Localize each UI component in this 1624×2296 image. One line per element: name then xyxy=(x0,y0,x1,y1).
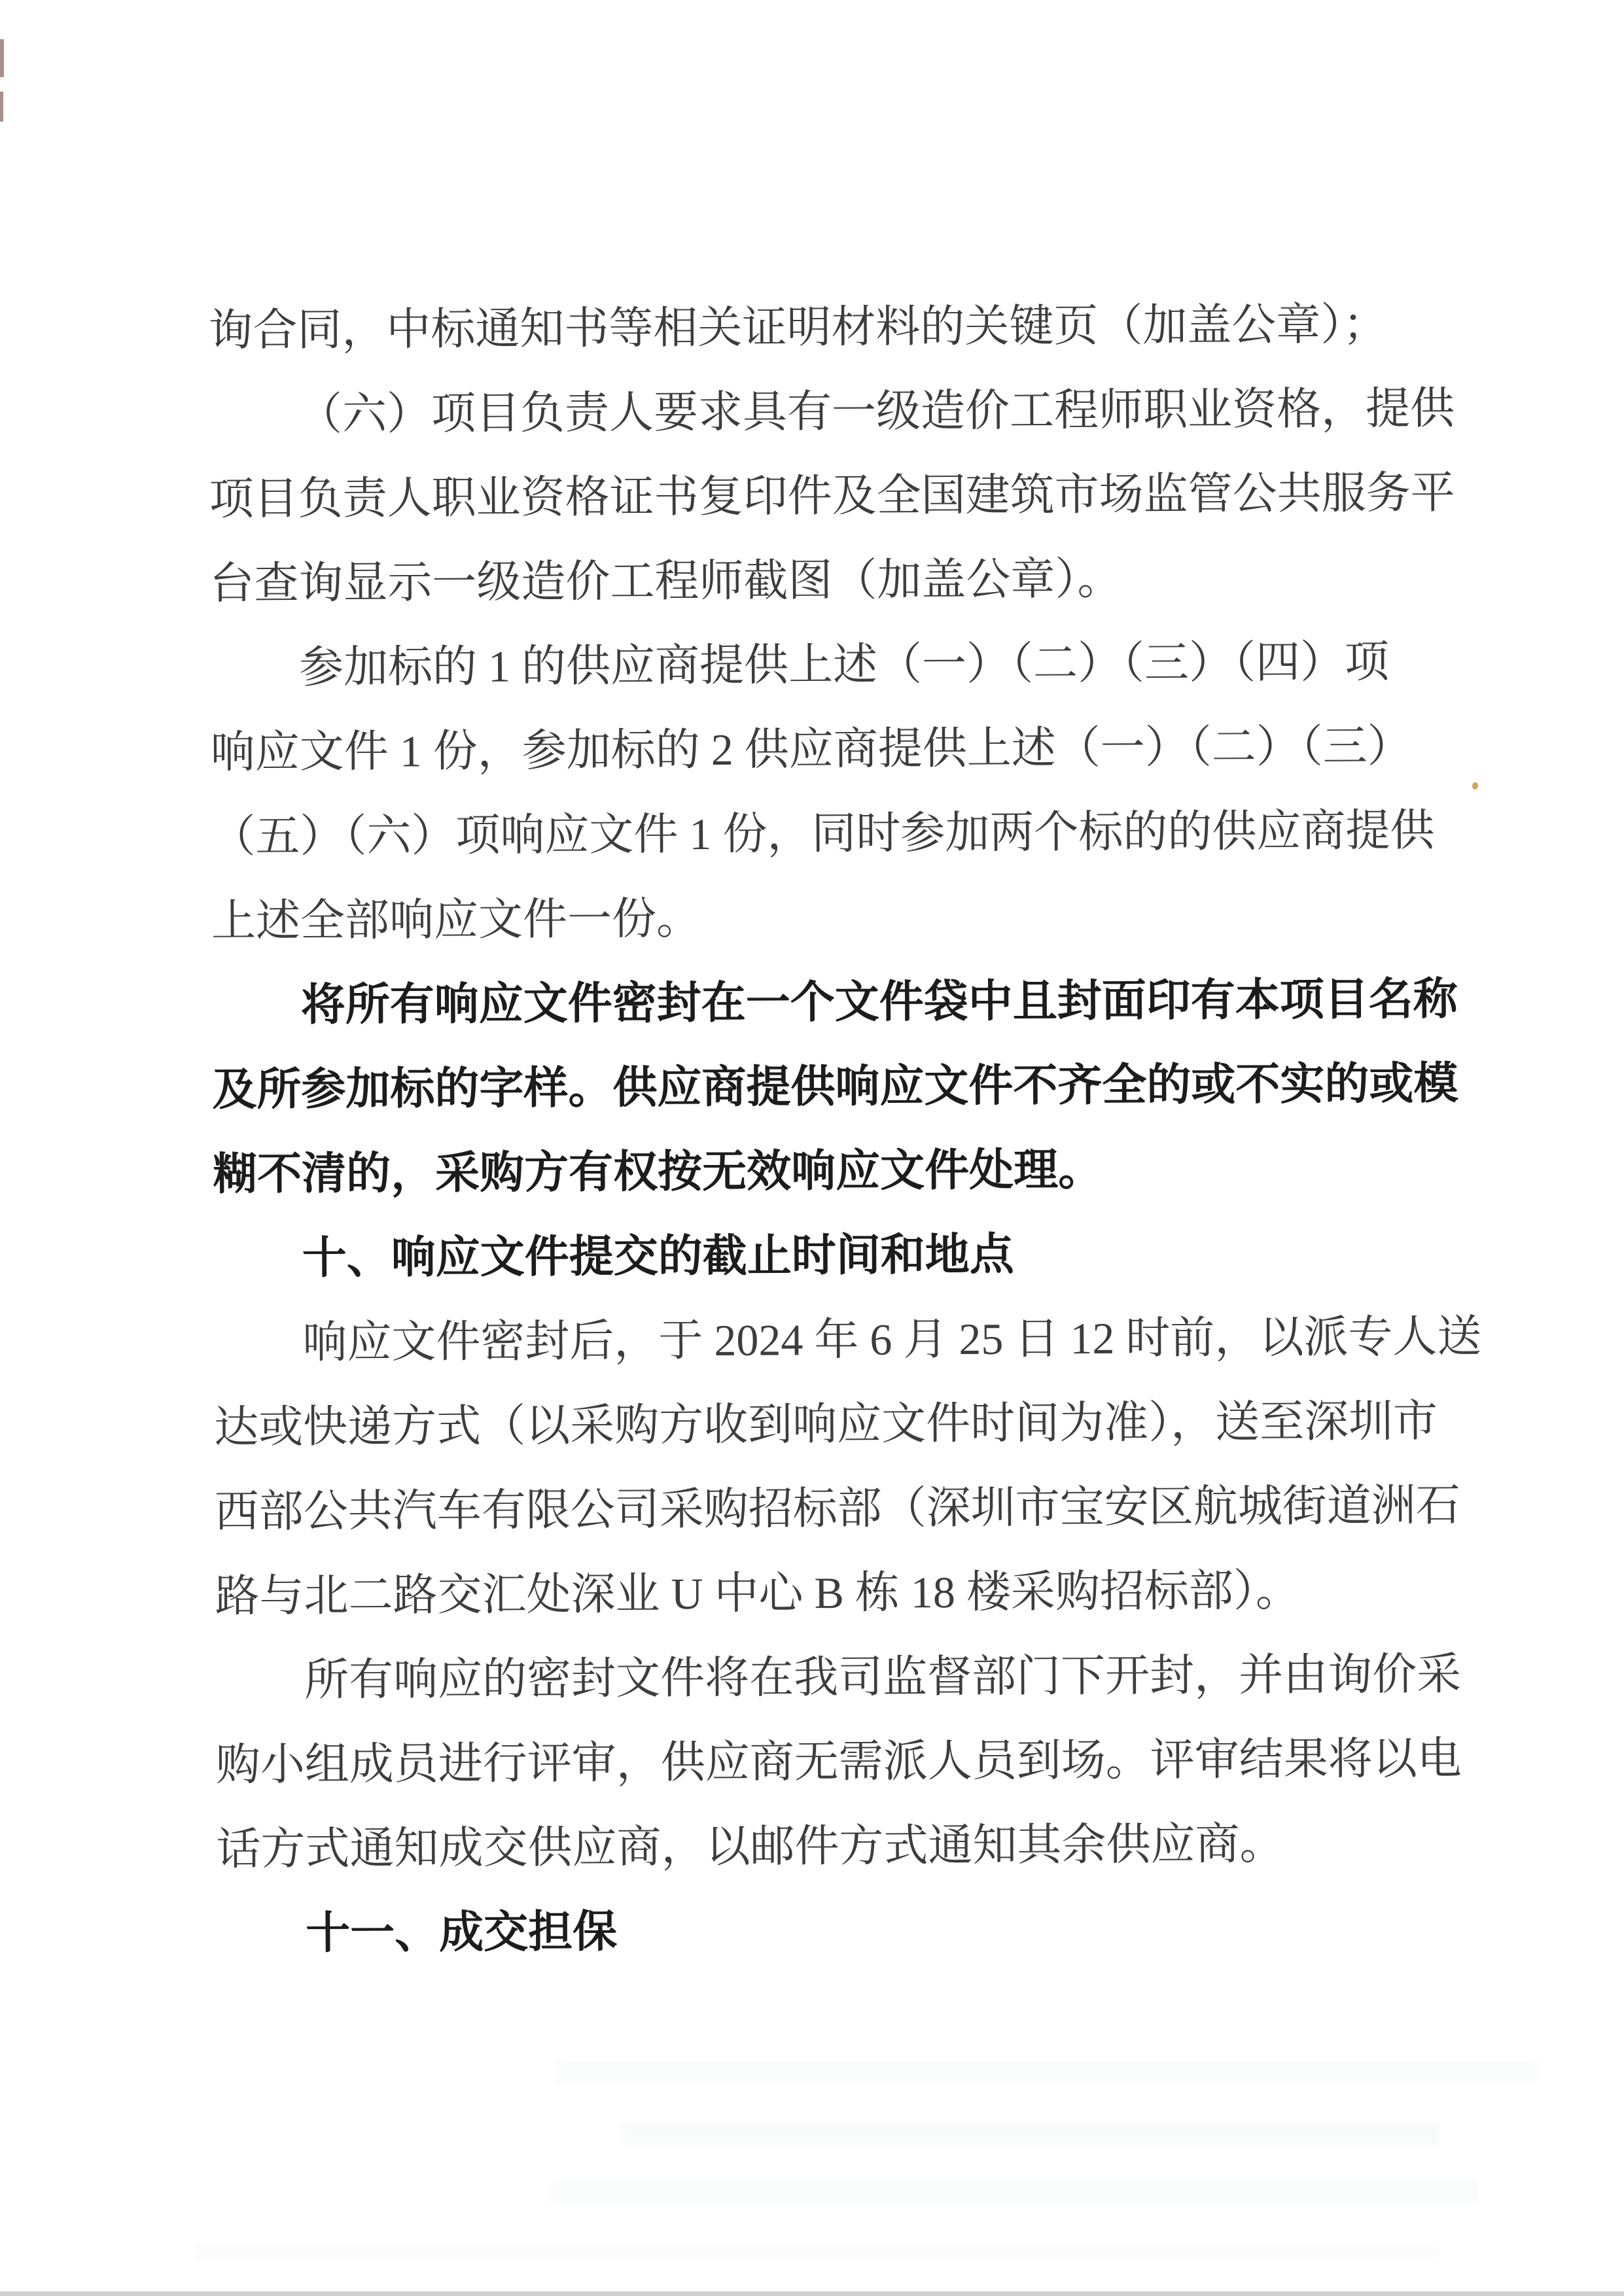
document-text-block: 询合同，中标通知书等相关证明材料的关键页（加盖公章）；（六）项目负责人要求具有一… xyxy=(208,282,1499,1976)
section-heading: 十、响应文件提交的截止时间和地点 xyxy=(213,1210,1496,1301)
scan-left-edge-mark xyxy=(0,39,4,77)
text-line: 台查询显示一级造价工程师截图（加盖公章）。 xyxy=(209,535,1492,626)
text-line: 购小组成员进行评审，供应商无需派人员到场。评审结果将以电 xyxy=(215,1716,1498,1807)
text-line: 达或快递方式（以采购方收到响应文件时间为准），送至深圳市 xyxy=(214,1379,1497,1470)
text-line: （六）项目负责人要求具有一级造价工程师职业资格，提供 xyxy=(209,366,1492,457)
bleedthrough-ghost xyxy=(550,2182,1479,2204)
text-line: （五）（六）项响应文件 1 份，同时参加两个标的的供应商提供 xyxy=(211,788,1494,879)
bleedthrough-ghost xyxy=(622,2123,1439,2146)
text-line: 响应文件密封后，于 2024 年 6 月 25 日 12 时前，以派专人送 xyxy=(213,1295,1496,1385)
text-line: 西部公共汽车有限公司采购招标部（深圳市宝安区航城街道洲石 xyxy=(214,1463,1497,1554)
bleedthrough-ghost xyxy=(556,2061,1538,2083)
text-line: 上述全部响应文件一份。 xyxy=(211,873,1494,964)
text-line: 话方式通知成交供应商，以邮件方式通知其余供应商。 xyxy=(216,1801,1499,1892)
scan-left-edge-mark xyxy=(0,92,3,122)
scan-bottom-edge xyxy=(0,2291,1624,2296)
section-heading: 十一、成交担保 xyxy=(217,1885,1500,1976)
text-line: 所有响应的密封文件将在我司监督部门下开封，并由询价采 xyxy=(215,1632,1498,1723)
bleedthrough-ghost xyxy=(196,2244,1439,2261)
text-line: 项目负责人职业资格证书复印件及全国建筑市场监管公共服务平 xyxy=(209,451,1492,542)
text-line: 响应文件 1 份，参加标的 2 供应商提供上述（一）（二）（三） xyxy=(210,704,1493,795)
text-line: 将所有响应文件密封在一个文件袋中且封面印有本项目名称 xyxy=(211,957,1494,1048)
text-line: 路与北二路交汇处深业 U 中心 B 栋 18 楼采购招标部）。 xyxy=(215,1548,1498,1639)
text-line: 询合同，中标通知书等相关证明材料的关键页（加盖公章）； xyxy=(208,282,1491,373)
scanned-document-page: 询合同，中标通知书等相关证明材料的关键页（加盖公章）；（六）项目负责人要求具有一… xyxy=(0,0,1624,2296)
text-line: 参加标的 1 的供应商提供上述（一）（二）（三）（四）项 xyxy=(210,619,1493,710)
text-line: 糊不清的，采购方有权按无效响应文件处理。 xyxy=(213,1126,1496,1217)
text-line: 及所参加标的字样。供应商提供响应文件不齐全的或不实的或模 xyxy=(212,1041,1495,1132)
